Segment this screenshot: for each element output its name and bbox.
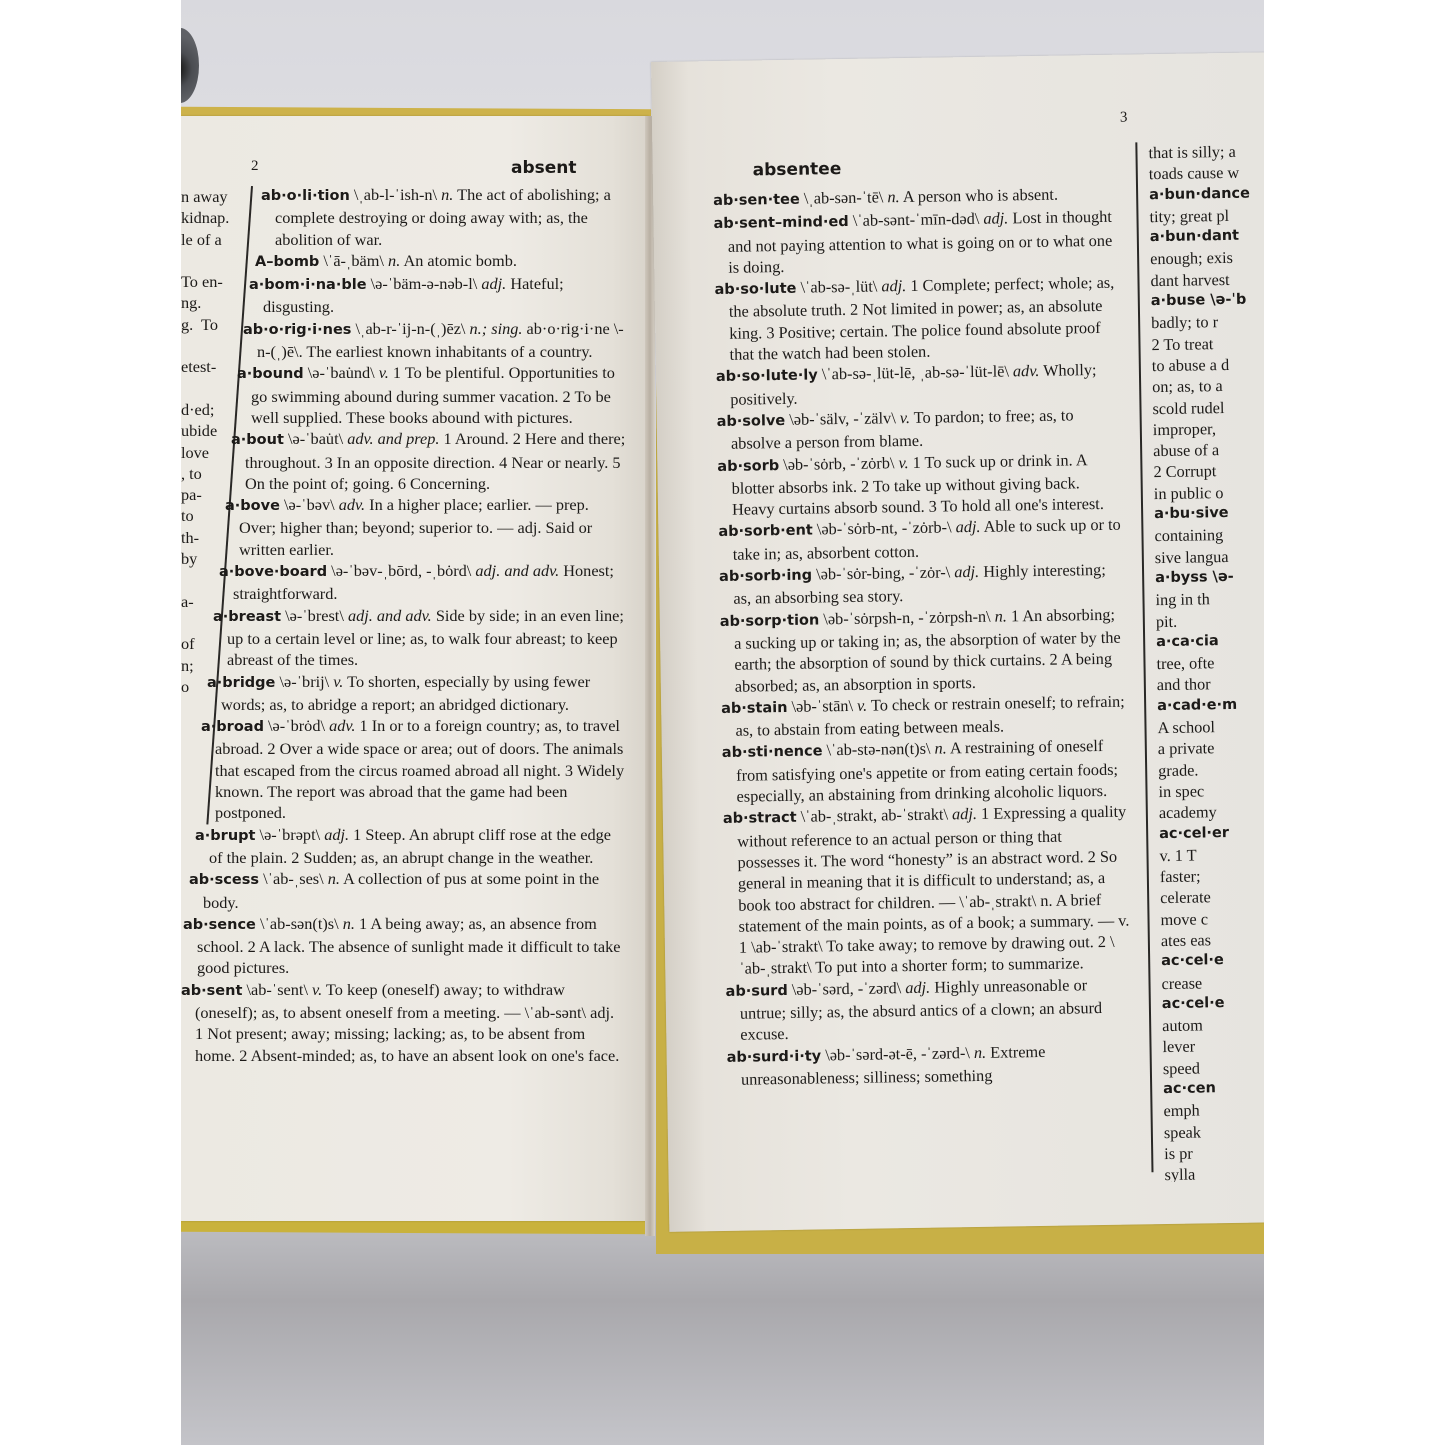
dictionary-entry: ab·surd·i·ty \əb-ˈsərd-ət-ē, -ˈzərd-\ n.… (726, 1039, 1132, 1090)
pronunciation: \ˈab-ˌstrakt, ab-ˈstrakt\ (801, 805, 949, 826)
headword: ab·scess (189, 872, 259, 888)
headword: ab·surd·i·ty (727, 1048, 822, 1065)
pronunciation: \ˌab-sən-ˈtē\ (804, 187, 884, 207)
part-of-speech: adj. and adv. (348, 606, 432, 625)
headword: ab·stain (721, 700, 788, 717)
pronunciation: \ˈab-sən(t)s\ (260, 914, 339, 933)
fragment-line: A school (1157, 714, 1264, 738)
pronunciation: \ə-ˈbrəpt\ (260, 825, 321, 844)
fragment-line: celerate (1160, 884, 1264, 908)
dictionary-entry: ab·so·lute \ˈab-sə-ˌlüt\ adj. 1 Complete… (714, 272, 1120, 366)
headword: ab·sent (181, 983, 242, 999)
fragment-headword: a·bu·sive (1154, 501, 1264, 525)
part-of-speech: adj. (905, 977, 930, 996)
headword: ab·o·li·tion (261, 188, 350, 204)
pronunciation: \ə-ˈbrest\ (285, 606, 344, 625)
part-of-speech: adj. (881, 276, 906, 295)
fragment-line: sive langua (1155, 544, 1264, 568)
headword: ab·sorb (717, 458, 779, 475)
dictionary-entry: a·bom·i·na·ble \ə-ˈbäm-ə-nəb-l\ adj. Hat… (249, 273, 626, 318)
pronunciation: \əb-ˈsȯr-bing, -ˈzȯr-\ (816, 562, 950, 583)
dictionary-entry: a·breast \ə-ˈbrest\ adj. and adv. Side b… (213, 605, 626, 671)
part-of-speech: v. (898, 453, 908, 472)
fragment-line: badly; to r (1151, 309, 1264, 333)
fragment-headword: a·ca·cia (1156, 629, 1264, 653)
fragment-line: tree, ofte (1156, 650, 1264, 674)
part-of-speech: adj. and adv. (475, 561, 559, 580)
pronunciation: \ˈab-sənt-ˈmīn-dəd\ (853, 209, 980, 230)
fragment-line: academy (1159, 799, 1264, 823)
headword: ab·sence (183, 917, 256, 933)
headword: a·bridge (207, 675, 275, 691)
dictionary-entry: ab·sorb·ent \əb-ˈsȯrb-nt, -ˈzȯrb-\ adj. … (718, 514, 1124, 565)
headword: ab·sorp·tion (720, 612, 820, 630)
fragment-line: enough; exis (1150, 246, 1264, 270)
fragment-headword: a·cad·e·m (1157, 693, 1264, 717)
fragment-line: 2 To treat (1151, 331, 1264, 355)
fragment-headword: a·bun·dance (1149, 182, 1264, 206)
headword: ab·sen·tee (713, 192, 800, 209)
fragment-line: autom (1162, 1012, 1264, 1036)
pronunciation: \ab-ˈsent\ (246, 980, 307, 999)
part-of-speech: adv. (329, 716, 355, 735)
part-of-speech: adj. (983, 209, 1008, 228)
page-number: 3 (1120, 110, 1128, 127)
fragment-line: toads cause w (1149, 160, 1264, 184)
fragment-line: abuse of a (1153, 437, 1264, 461)
right-overflow-clip: that is silly; atoads cause wa·bun·dance… (1144, 140, 1264, 1182)
headword: ab·stract (723, 810, 797, 827)
right-column: ab·sen·tee \ˌab-sən-ˈtē\ n. A person who… (713, 183, 1132, 1090)
fragment-line: move c (1160, 906, 1264, 930)
pronunciation: \ə-ˈbäm-ə-nəb-l\ (371, 274, 478, 293)
definition: 1 Expressing a quality without reference… (737, 802, 1129, 978)
headword: A–bomb (255, 254, 319, 270)
part-of-speech: n. (343, 914, 355, 933)
dictionary-photo: 2 absent n awaykidnap.le of a To en-ng.g… (181, 0, 1264, 1445)
part-of-speech: v. (857, 696, 867, 715)
dictionary-entry: ab·sti·nence \ˈab-stə-nən(t)s\ n. A rest… (722, 735, 1128, 807)
background-object (181, 28, 199, 103)
part-of-speech: v. (333, 672, 343, 691)
dictionary-entry: a·bound \ə-ˈbau̇nd\ v. 1 To be plentiful… (237, 362, 626, 428)
fragment-line: dant harvest (1150, 267, 1264, 291)
fragment-line: 2 Corrupt (1153, 458, 1264, 482)
dictionary-entry: ab·sence \ˈab-sən(t)s\ n. 1 A being away… (183, 913, 626, 979)
fragment-line: ates eas (1161, 927, 1264, 951)
headword: a·bove·board (219, 564, 327, 580)
part-of-speech: adv. (339, 495, 365, 514)
pronunciation: \əb-ˈsərd, -ˈzərd\ (792, 978, 902, 999)
part-of-speech: adj. (324, 825, 349, 844)
dictionary-entry: ab·scess \ˈab-ˌses\ n. A collection of p… (189, 868, 626, 913)
definition: An atomic bomb. (403, 251, 517, 270)
headword: a·breast (213, 609, 281, 625)
fragment-headword: a·byss \ə- (1155, 565, 1264, 589)
dictionary-entry: ab·stain \əb-ˈstān\ v. To check or restr… (721, 690, 1127, 741)
part-of-speech: v. (312, 980, 322, 999)
guide-word: absent (511, 158, 577, 178)
part-of-speech: n. (441, 185, 453, 204)
fragment-line: grade. (1158, 757, 1264, 781)
dictionary-entry: ab·sorp·tion \əb-ˈsȯrpsh-n, -ˈzȯrpsh-n\ … (720, 603, 1126, 697)
pronunciation: \ə-ˈbrij\ (279, 672, 329, 691)
pronunciation: \ˌab-l-ˈish-n\ (354, 185, 437, 204)
pronunciation: \ˈab-sə-ˌlüt-lē, ˌab-sə-ˈlüt-lē\ (822, 362, 1009, 384)
left-page: 2 absent n awaykidnap.le of a To en-ng.g… (181, 116, 649, 1221)
definition: To shorten, especially by using fewer wo… (221, 672, 590, 714)
guide-word: absentee (753, 159, 842, 180)
fragment-line: v. 1 T (1159, 842, 1264, 866)
part-of-speech: n. (887, 187, 900, 206)
fragment-line: containing (1154, 522, 1264, 546)
pronunciation: \ˈab-stə-nən(t)s\ (826, 739, 930, 760)
pronunciation: \ˈab-ˌses\ (263, 869, 324, 888)
fragment-line: sylla (1164, 1161, 1264, 1182)
fragment-headword: ac·cen (1163, 1076, 1264, 1100)
dictionary-entry: a·brupt \ə-ˈbrəpt\ adj. 1 Steep. An abru… (195, 824, 626, 869)
headword: ab·sent–mind·ed (713, 214, 848, 232)
fragment-line: in spec (1158, 778, 1264, 802)
fragment-line: tity; great pl (1149, 203, 1264, 227)
headword: a·bout (231, 432, 284, 448)
fragment-line: on; as, to a (1152, 373, 1264, 397)
dictionary-entry: a·bridge \ə-ˈbrij\ v. To shorten, especi… (207, 671, 626, 716)
headword: a·bom·i·na·ble (249, 277, 367, 293)
part-of-speech: adj. (954, 562, 979, 581)
fragment-headword: ac·cel·e (1162, 991, 1264, 1015)
definition: 1 To be plentiful. Opportunities to go s… (251, 363, 615, 427)
fragment-line: to abuse a d (1152, 352, 1264, 376)
headword: ab·surd (725, 983, 787, 1000)
pronunciation: \əb-ˈsȯrb-nt, -ˈzȯrb-\ (817, 518, 952, 539)
fragment-line: is pr (1164, 1140, 1264, 1164)
headword: ab·sorb·ent (718, 523, 813, 540)
part-of-speech: adj. (952, 804, 977, 823)
fragment-line: ing in th (1155, 586, 1264, 610)
dictionary-entry: ab·surd \əb-ˈsərd, -ˈzərd\ adj. Highly u… (725, 973, 1131, 1045)
fragment-line: faster; (1160, 863, 1264, 887)
dictionary-entry: a·bove \ə-ˈbəv\ adv. In a higher place; … (225, 494, 626, 560)
pronunciation: \əb-ˈsərd-ət-ē, -ˈzərd-\ (825, 1043, 970, 1064)
headword: ab·o·rig·i·nes (243, 322, 351, 338)
headword: a·bound (237, 366, 304, 382)
fragment-line: that is silly; a (1148, 140, 1264, 163)
part-of-speech: v. (379, 363, 389, 382)
part-of-speech: n. (995, 606, 1008, 625)
dictionary-entry: ab·stract \ˈab-ˌstrakt, ab-ˈstrakt\ adj.… (723, 801, 1131, 980)
part-of-speech: n. (934, 739, 947, 758)
fragment-line: speak (1164, 1119, 1264, 1143)
dictionary-entry: ab·so·lute·ly \ˈab-sə-ˌlüt-lē, ˌab-sə-ˈl… (716, 359, 1122, 410)
dictionary-entry: a·bove·board \ə-ˈbəv-ˌbōrd, -ˌbȯrd\ adj.… (219, 560, 626, 605)
pronunciation: \ə-ˈbəv\ (284, 495, 335, 514)
fragment-headword: ac·cel·er (1159, 820, 1264, 844)
dictionary-entry: ab·sorb·ing \əb-ˈsȯr-bing, -ˈzȯr-\ adj. … (719, 559, 1125, 610)
part-of-speech: n. (388, 251, 400, 270)
fragment-line: speed (1163, 1055, 1264, 1079)
dictionary-entry: ab·sorb \əb-ˈsȯrb, -ˈzȯrb\ v. 1 To suck … (717, 448, 1123, 520)
part-of-speech: adj. (481, 274, 506, 293)
next-column-fragment: that is silly; atoads cause wa·bun·dance… (1148, 140, 1264, 1182)
pronunciation: \ˌab-r-ˈij-n-(ˌ)ēz\ (356, 319, 466, 338)
fragment-line: and thor (1157, 671, 1264, 695)
fragment-line: pit. (1156, 608, 1264, 632)
dictionary-entry: a·bout \ə-ˈbau̇t\ adv. and prep. 1 Aroun… (231, 428, 626, 494)
headword: a·bove (225, 498, 280, 514)
headword: ab·solve (717, 413, 786, 430)
part-of-speech: n. (328, 869, 340, 888)
dictionary-entry: ab·o·li·tion \ˌab-l-ˈish-n\ n. The act o… (261, 184, 626, 250)
fragment-headword: a·bun·dant (1150, 224, 1264, 248)
pronunciation: \əb-ˈstān\ (791, 696, 853, 716)
dictionary-entry: ab·solve \əb-ˈsälv, -ˈzälv\ v. To pardon… (716, 404, 1122, 455)
dictionary-entry: ab·sent \ab-ˈsent\ v. To keep (oneself) … (181, 979, 626, 1066)
pronunciation: \ˈab-sə-ˌlüt\ (800, 277, 877, 297)
part-of-speech: adv. (1013, 361, 1040, 380)
dictionary-entry: A–bomb \ˈā-ˌbäm\ n. An atomic bomb. (255, 250, 626, 273)
part-of-speech: adv. and prep. (347, 429, 439, 448)
pronunciation: \ə-ˈbrȯd\ (268, 716, 325, 735)
fragment-line: crease (1161, 970, 1264, 994)
part-of-speech: n.; sing. (470, 319, 523, 338)
page-number: 2 (251, 158, 259, 175)
headword: ab·so·lute·ly (716, 368, 818, 386)
fragment-line: a private (1158, 735, 1264, 759)
headword: ab·sorb·ing (719, 568, 812, 585)
right-page: 3 absentee ab·sen·tee \ˌab-sən-ˈtē\ n. A… (651, 52, 1264, 1232)
headword: ab·sti·nence (722, 744, 823, 762)
headword: a·broad (201, 719, 264, 735)
pronunciation: \əb-ˈsälv, -ˈzälv\ (789, 408, 896, 429)
pronunciation: \ˈā-ˌbäm\ (323, 251, 384, 270)
fragment-line: improper, (1153, 416, 1264, 440)
fragment-line: in public o (1154, 480, 1264, 504)
fragment-line: scold rudel (1152, 395, 1264, 419)
dictionary-entry: ab·o·rig·i·nes \ˌab-r-ˈij-n-(ˌ)ēz\ n.; s… (243, 318, 626, 363)
left-column: ab·o·li·tion \ˌab-l-ˈish-n\ n. The act o… (181, 184, 626, 1066)
fragment-line: emph (1163, 1097, 1264, 1121)
fragment-line: lever (1162, 1033, 1264, 1057)
fragment-headword: ac·cel·e (1161, 948, 1264, 972)
part-of-speech: adj. (955, 517, 980, 536)
part-of-speech: n. (974, 1042, 987, 1061)
headword: a·brupt (195, 828, 255, 844)
pronunciation: \ə-ˈbəv-ˌbōrd, -ˌbȯrd\ (331, 561, 471, 580)
pronunciation: \əb-ˈsȯrpsh-n, -ˈzȯrpsh-n\ (823, 606, 991, 628)
headword: ab·so·lute (714, 281, 796, 298)
left-column-clip: ab·o·li·tion \ˌab-l-ˈish-n\ n. The act o… (181, 184, 626, 1184)
definition: A person who is absent. (903, 185, 1058, 206)
pronunciation: \ə-ˈbau̇nd\ (308, 363, 375, 382)
fragment-headword: a·buse \ə-ˈb (1151, 288, 1264, 312)
pronunciation: \ə-ˈbau̇t\ (288, 429, 343, 448)
dictionary-entry: ab·sent–mind·ed \ˈab-sənt-ˈmīn-dəd\ adj.… (713, 206, 1119, 278)
dictionary-entry: a·broad \ə-ˈbrȯd\ adv. 1 In or to a fore… (201, 715, 626, 823)
part-of-speech: v. (900, 408, 910, 427)
pronunciation: \əb-ˈsȯrb, -ˈzȯrb\ (783, 453, 895, 474)
